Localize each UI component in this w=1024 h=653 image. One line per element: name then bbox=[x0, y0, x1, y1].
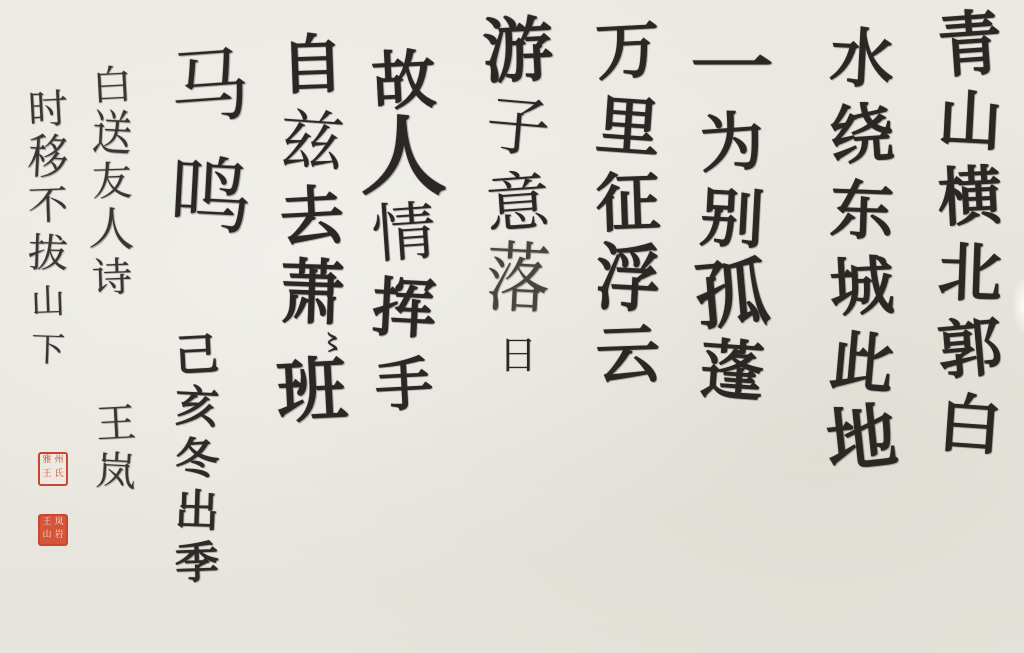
seal-char: 雅 bbox=[41, 455, 53, 469]
poem-char: 挥 bbox=[370, 276, 437, 343]
poem-char: 万 bbox=[594, 18, 661, 85]
date-char: 出 bbox=[174, 489, 220, 535]
poem-char: 白 bbox=[936, 392, 1004, 460]
title-char: 白 bbox=[91, 65, 133, 107]
seal-char: 王 bbox=[41, 469, 53, 483]
paper-crease bbox=[1012, 275, 1024, 335]
poem-char: 鸣 bbox=[166, 154, 253, 241]
seal-lower: 王 岚 山 岩 bbox=[38, 514, 68, 546]
poem-char: 孤 bbox=[692, 256, 772, 336]
poem-char: 班 bbox=[275, 355, 349, 429]
poem-char: 一 bbox=[690, 36, 773, 100]
poem-char: 游 bbox=[481, 15, 555, 89]
poem-char: 此 bbox=[827, 329, 896, 398]
poem-column-8: 马 鸣 bbox=[178, 50, 242, 236]
poem-char: 手 bbox=[374, 356, 435, 417]
poem-char: 子 bbox=[483, 93, 552, 162]
poem-char: 郭 bbox=[935, 315, 1004, 384]
poem-char: 人 bbox=[361, 115, 447, 201]
poem-char: 东 bbox=[829, 179, 895, 245]
poem-char: 里 bbox=[594, 94, 662, 162]
poem-char: 去 bbox=[278, 184, 345, 251]
seal-char: 王 bbox=[41, 517, 53, 530]
poem-column-5: 游 子 意 落 日 bbox=[486, 14, 550, 394]
poem-char: 为 bbox=[698, 110, 766, 178]
poem-char: 横 bbox=[936, 164, 1003, 231]
poem-char: 故 bbox=[370, 48, 437, 115]
poem-char: 马 bbox=[167, 45, 252, 130]
poem-char: 城 bbox=[828, 254, 895, 321]
poem-char: 地 bbox=[823, 401, 900, 478]
title-char: 人 bbox=[88, 206, 136, 254]
note-char: 移 bbox=[27, 133, 69, 183]
poem-char: 自 bbox=[279, 33, 345, 99]
poem-char: 落 bbox=[484, 240, 552, 320]
poem-column-2: 水 绕 东 城 此 地 bbox=[830, 22, 894, 478]
date-char: 亥 bbox=[174, 385, 220, 431]
poem-char: 征 bbox=[595, 171, 661, 237]
poem-char: 绕 bbox=[828, 102, 896, 170]
date-inscription-column: 己 亥 冬 出 季 bbox=[175, 330, 219, 590]
note-char: 下 bbox=[30, 332, 65, 367]
poem-column-7: 自 兹 去 萧 〻 班 bbox=[280, 28, 344, 430]
poem-column-3: 一 为 别 孤 蓬 bbox=[700, 30, 764, 410]
title-char: 友 bbox=[91, 161, 132, 202]
poem-char: 意 bbox=[484, 170, 552, 238]
poem-char: 浮 bbox=[594, 242, 662, 319]
poem-char: 兹 bbox=[278, 108, 346, 176]
signature-char: 岚 bbox=[95, 451, 137, 493]
note-char: 拔 bbox=[27, 233, 68, 274]
seal-char: 岩 bbox=[53, 530, 65, 543]
poem-char: 情 bbox=[370, 200, 438, 268]
title-char: 诗 bbox=[91, 257, 132, 298]
date-char: 冬 bbox=[174, 437, 221, 484]
poem-char: 别 bbox=[698, 186, 765, 253]
poem-char: 北 bbox=[937, 241, 1003, 307]
date-char: 己 bbox=[174, 333, 220, 379]
note-char: 不 bbox=[27, 185, 68, 226]
seal-upper: 雅 州 王 氏 bbox=[38, 452, 68, 486]
poem-char: 云 bbox=[595, 323, 661, 389]
poem-column-4: 万 里 征 浮 云 bbox=[596, 14, 660, 394]
seal-char: 氏 bbox=[53, 469, 65, 483]
poem-column-6: 故 人 情 挥 手 bbox=[372, 44, 436, 424]
signature-column: 王 岚 bbox=[96, 400, 136, 496]
note-char: 时 bbox=[27, 89, 69, 131]
date-char: 季 bbox=[174, 541, 220, 587]
poem-char: 山 bbox=[936, 88, 1003, 155]
poem-char: 萧 bbox=[279, 258, 345, 331]
poem-column-1: 青 山 横 北 郭 白 bbox=[938, 8, 1002, 464]
poem-char: 青 bbox=[936, 9, 1005, 84]
note-char: 山 bbox=[30, 284, 65, 319]
seal-char: 州 bbox=[53, 455, 65, 469]
title-char: 送 bbox=[91, 109, 133, 159]
seal-char: 山 bbox=[41, 530, 53, 543]
poem-char: 蓬 bbox=[698, 338, 766, 406]
signature-char: 王 bbox=[95, 403, 137, 445]
seal-char: 岚 bbox=[53, 517, 65, 530]
note-inscription-column: 时 移 不 拔 山 下 bbox=[28, 86, 68, 374]
title-inscription-column: 白 送 友 人 诗 bbox=[92, 62, 132, 302]
poem-char: 水 bbox=[828, 26, 895, 93]
poem-char: 日 bbox=[499, 337, 537, 375]
